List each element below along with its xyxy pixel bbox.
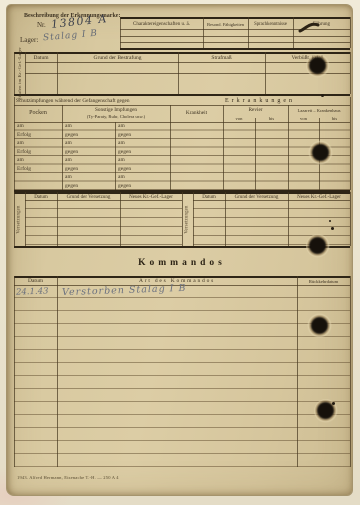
impfungen-header-sonstige-detail: (Ty-Paraty, Ruhr, Cholera usw.) (63, 113, 169, 120)
kommandos-header-rueckkehr: Rückkehrdatum (298, 278, 349, 285)
table-row: gegen gegen (14, 182, 350, 191)
table-row: am am am (14, 139, 350, 148)
strafen-header-grund: Grund der Bestrafung (58, 55, 177, 62)
cell-pocken: Erfolg (14, 131, 62, 140)
table-line (120, 36, 350, 37)
erkrankungen-title: Erkrankungen (170, 98, 350, 105)
cell-pocken: am (14, 139, 62, 148)
erkrankungen-lazarett-von: von (289, 115, 318, 122)
erkrankungen-lazarett-bis: bis (320, 115, 349, 122)
cell-pocken: am (14, 156, 62, 165)
cell-pocken: Erfolg (14, 148, 62, 157)
hole-punch (306, 234, 330, 258)
cell-impfung1: am (62, 139, 115, 148)
traits-header-sprachkenntnisse: Sprachkenntnisse (249, 21, 292, 28)
versetzungen-header-datum-left: Datum (26, 194, 56, 201)
cell-impfung1: gegen (62, 165, 115, 174)
table-line (25, 73, 350, 74)
table-line (120, 42, 350, 43)
pen-mark (298, 18, 320, 34)
table-line (14, 105, 350, 106)
cell-impfung2: gegen (115, 182, 170, 191)
table-row: Erfolg gegen gegen (14, 165, 350, 174)
lager-label: Lager: (20, 37, 38, 44)
erkrankungen-header-lazarett: Lazarett – Krankenhaus (289, 107, 349, 114)
table-row: am am am (14, 122, 350, 131)
kommandos-title: Kommandos (14, 258, 350, 268)
ink-speck (331, 227, 334, 230)
cell-impfung1: am (62, 156, 115, 165)
table-row: Erfolg gegen gegen (14, 148, 350, 157)
table-row: am am (14, 173, 350, 182)
table-line (297, 276, 298, 467)
cell-impfung1: gegen (62, 131, 115, 140)
hole-punch (308, 140, 334, 166)
table-line (57, 276, 58, 467)
impfungen-title: Schutzimpfungen während der Gefangenscha… (16, 98, 130, 105)
cell-impfung1: am (62, 122, 115, 131)
erkrankungen-revier-von: von (224, 115, 254, 122)
versetzungen-header-datum-right: Datum (194, 194, 224, 201)
ink-speck (329, 220, 331, 222)
cell-impfung2: gegen (115, 148, 170, 157)
cell-pocken: Erfolg (14, 165, 62, 174)
cell-impfung2: gegen (115, 131, 170, 140)
table-line (14, 246, 350, 248)
versetzungen-header-grund-left: Grund der Versetzung (58, 194, 119, 201)
strafen-header-strafmass: Strafmaß (179, 55, 264, 62)
table-line (14, 276, 15, 467)
impfungen-header-pocken: Pocken (15, 110, 61, 117)
table-row: Erfolg gegen gegen (14, 131, 350, 140)
table-line (350, 52, 351, 94)
table-line (120, 48, 350, 50)
cell-pocken (14, 182, 62, 191)
hole-punch (306, 54, 330, 78)
table-line (350, 97, 351, 190)
ink-speck (332, 402, 335, 405)
versetzungen-row-rules (25, 200, 182, 246)
versetzungen-header-neues-left: Neues Kr.-Gef.-Lager (121, 194, 181, 201)
cell-pocken (14, 173, 62, 182)
cell-impfung1: gegen (62, 182, 115, 191)
strafen-side-label: Strafen im Kr.-Gef.-Lager (17, 47, 22, 100)
kommandos-entry-datum: 24.1.43 (16, 286, 49, 297)
printer-imprint: 1943. Alfred Hermann, Eisenache T.-H. — … (17, 474, 119, 481)
table-line (350, 17, 351, 48)
versetzungen-header-grund-right: Grund der Versetzung (226, 194, 287, 201)
cell-pocken: am (14, 122, 62, 131)
kommandos-header-datum: Datum (15, 278, 56, 285)
erkrankungen-revier-bis: bis (256, 115, 287, 122)
scanned-pow-card: Beschreibung der Erkennungsmarke: Nr. 13… (0, 0, 360, 505)
cell-impfung2: gegen (115, 165, 170, 174)
hole-punch (307, 313, 333, 339)
strafen-header-datum: Datum (26, 55, 56, 62)
cell-impfung2: am (115, 173, 170, 182)
versetzungen-side-label-left: Versetzungen (17, 205, 22, 233)
cell-impfung2: am (115, 139, 170, 148)
table-line (25, 62, 350, 63)
table-row: am am am (14, 156, 350, 165)
nr-label: Nr. (37, 22, 46, 29)
versetzungen-header-neues-right: Neues Kr.-Gef.-Lager (289, 194, 349, 201)
impfungen-body: am am am Erfolg gegen gegen am am am Erf… (14, 122, 350, 190)
cell-impfung1: am (62, 173, 115, 182)
cell-impfung1: gegen (62, 148, 115, 157)
erkrankungen-header-krankheit: Krankheit (171, 110, 222, 117)
kommandos-row-rules (14, 285, 350, 467)
traits-header-faehigkeiten: Besond. Fähigkeiten (204, 21, 247, 28)
ink-speck (321, 94, 324, 97)
table-line (350, 276, 351, 467)
traits-header-charakter: Charaktereigenschaften u. ä. (121, 21, 202, 28)
table-line (350, 192, 351, 246)
erkrankungen-header-revier: Revier (224, 107, 287, 114)
versetzungen-side-label-right: Versetzungen (185, 205, 190, 233)
table-line (14, 94, 350, 96)
table-line (14, 52, 350, 54)
cell-impfung2: am (115, 122, 170, 131)
cell-impfung2: am (115, 156, 170, 165)
